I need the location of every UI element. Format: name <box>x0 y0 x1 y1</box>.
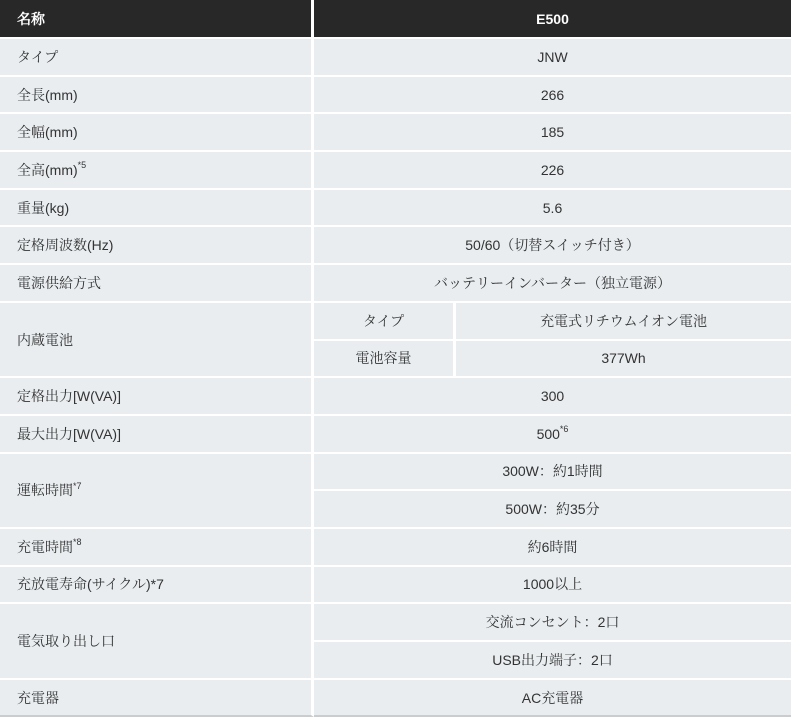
spec-label-cell: 充電時間*8 <box>0 529 314 567</box>
spec-label: 電気取り出し口 <box>17 633 115 649</box>
spec-value: 300 <box>541 388 564 404</box>
spec-label-cell: 充放電寿命(サイクル)*7 <box>0 567 314 605</box>
spec-value: 185 <box>541 124 564 140</box>
spec-value-cell: USB出力端子：2口 <box>314 642 791 680</box>
spec-value-cell: 交流コンセント：2口 <box>314 604 791 642</box>
table-row: タイプJNW <box>0 39 791 77</box>
spec-sublabel: 電池容量 <box>356 350 412 366</box>
spec-label: 最大出力[W(VA)] <box>17 426 121 442</box>
spec-label-cell: タイプ <box>0 39 314 77</box>
spec-label: タイプ <box>17 49 58 65</box>
spec-value: JNW <box>537 49 567 65</box>
spec-value-cell: 300W：約1時間 <box>314 454 791 492</box>
table-row: 電気取り出し口交流コンセント：2口 <box>0 604 791 642</box>
spec-value-cell: JNW <box>314 39 791 77</box>
spec-value-cell: 377Wh <box>456 341 791 379</box>
header-model-cell: E500 <box>314 0 791 39</box>
spec-value: 50/60（切替スイッチ付き） <box>465 237 639 253</box>
spec-label-cell: 全長(mm) <box>0 77 314 115</box>
spec-value: USB出力端子：2口 <box>492 652 613 668</box>
spec-value-cell: 1000以上 <box>314 567 791 605</box>
spec-label: 全長(mm) <box>17 87 78 103</box>
spec-page: 名称 E500 タイプJNW全長(mm)266全幅(mm)185全高(mm)*5… <box>0 0 800 726</box>
spec-value: 377Wh <box>601 350 645 366</box>
spec-label-cell: 運転時間*7 <box>0 454 314 529</box>
spec-label: 重量(kg) <box>17 200 69 216</box>
spec-value: 1000以上 <box>523 576 582 592</box>
spec-label: 全幅(mm) <box>17 124 78 140</box>
spec-value-cell: 266 <box>314 77 791 115</box>
table-row: 運転時間*7300W：約1時間 <box>0 454 791 492</box>
spec-value: 500 <box>537 426 560 442</box>
table-row: 全高(mm)*5226 <box>0 152 791 190</box>
spec-value: 充電式リチウムイオン電池 <box>540 313 707 329</box>
spec-value-cell: バッテリーインバーター（独立電源） <box>314 265 791 303</box>
spec-label: 内蔵電池 <box>17 332 73 348</box>
spec-label-cell: 最大出力[W(VA)] <box>0 416 314 454</box>
spec-value: 300W：約1時間 <box>502 463 602 479</box>
spec-label: 電源供給方式 <box>17 275 101 291</box>
spec-sublabel-cell: タイプ <box>314 303 456 341</box>
table-row: 全長(mm)266 <box>0 77 791 115</box>
table-row: 充電時間*8約6時間 <box>0 529 791 567</box>
spec-label: 充電器 <box>17 690 59 706</box>
spec-value: 266 <box>541 87 564 103</box>
spec-value: 226 <box>541 162 564 178</box>
spec-value-cell: 50/60（切替スイッチ付き） <box>314 227 791 265</box>
spec-value-cell: 約6時間 <box>314 529 791 567</box>
spec-label-cell: 全幅(mm) <box>0 114 314 152</box>
header-name-label: 名称 <box>17 11 45 27</box>
spec-value: AC充電器 <box>522 690 583 706</box>
spec-label-cell: 重量(kg) <box>0 190 314 228</box>
spec-value-cell: 185 <box>314 114 791 152</box>
spec-value-cell: 500W：約35分 <box>314 491 791 529</box>
table-row: 全幅(mm)185 <box>0 114 791 152</box>
spec-label-footnote: *7 <box>73 481 82 491</box>
spec-label-cell: 充電器 <box>0 680 314 718</box>
spec-value: 500W：約35分 <box>505 501 599 517</box>
header-row: 名称 E500 <box>0 0 791 39</box>
spec-value: 5.6 <box>543 200 562 216</box>
spec-value: バッテリーインバーター（独立電源） <box>434 275 671 291</box>
spec-table-header: 名称 E500 <box>0 0 791 39</box>
spec-label-cell: 定格周波数(Hz) <box>0 227 314 265</box>
table-row: 重量(kg)5.6 <box>0 190 791 228</box>
spec-label: 全高(mm) <box>17 162 78 178</box>
spec-sublabel-cell: 電池容量 <box>314 341 456 379</box>
spec-label: 充電時間 <box>17 539 73 555</box>
spec-label-cell: 定格出力[W(VA)] <box>0 378 314 416</box>
spec-value-cell: 500*6 <box>314 416 791 454</box>
spec-value-footnote: *6 <box>560 424 569 434</box>
table-row: 電源供給方式バッテリーインバーター（独立電源） <box>0 265 791 303</box>
spec-table: 名称 E500 タイプJNW全長(mm)266全幅(mm)185全高(mm)*5… <box>0 0 791 717</box>
spec-label: 定格周波数(Hz) <box>17 237 113 253</box>
spec-label-cell: 全高(mm)*5 <box>0 152 314 190</box>
spec-label: 充放電寿命(サイクル)*7 <box>17 576 164 592</box>
table-row: 最大出力[W(VA)]500*6 <box>0 416 791 454</box>
spec-table-body: タイプJNW全長(mm)266全幅(mm)185全高(mm)*5226重量(kg… <box>0 39 791 717</box>
spec-label: 定格出力[W(VA)] <box>17 388 121 404</box>
spec-label-footnote: *8 <box>73 537 82 547</box>
table-row: 充電器AC充電器 <box>0 680 791 718</box>
table-row: 定格出力[W(VA)]300 <box>0 378 791 416</box>
spec-value: 約6時間 <box>528 539 578 555</box>
spec-sublabel: タイプ <box>363 313 404 329</box>
spec-label-cell: 電気取り出し口 <box>0 604 314 679</box>
spec-value-cell: 226 <box>314 152 791 190</box>
spec-value-cell: AC充電器 <box>314 680 791 718</box>
spec-value-cell: 5.6 <box>314 190 791 228</box>
spec-label-footnote: *5 <box>78 160 87 170</box>
spec-value-cell: 充電式リチウムイオン電池 <box>456 303 791 341</box>
spec-label-cell: 電源供給方式 <box>0 265 314 303</box>
table-row: 内蔵電池タイプ充電式リチウムイオン電池 <box>0 303 791 341</box>
table-row: 充放電寿命(サイクル)*71000以上 <box>0 567 791 605</box>
spec-value-cell: 300 <box>314 378 791 416</box>
header-model-label: E500 <box>536 11 569 27</box>
spec-label: 運転時間 <box>17 482 73 498</box>
header-name-cell: 名称 <box>0 0 314 39</box>
spec-label-cell: 内蔵電池 <box>0 303 314 378</box>
table-row: 定格周波数(Hz)50/60（切替スイッチ付き） <box>0 227 791 265</box>
spec-value: 交流コンセント：2口 <box>486 614 620 630</box>
